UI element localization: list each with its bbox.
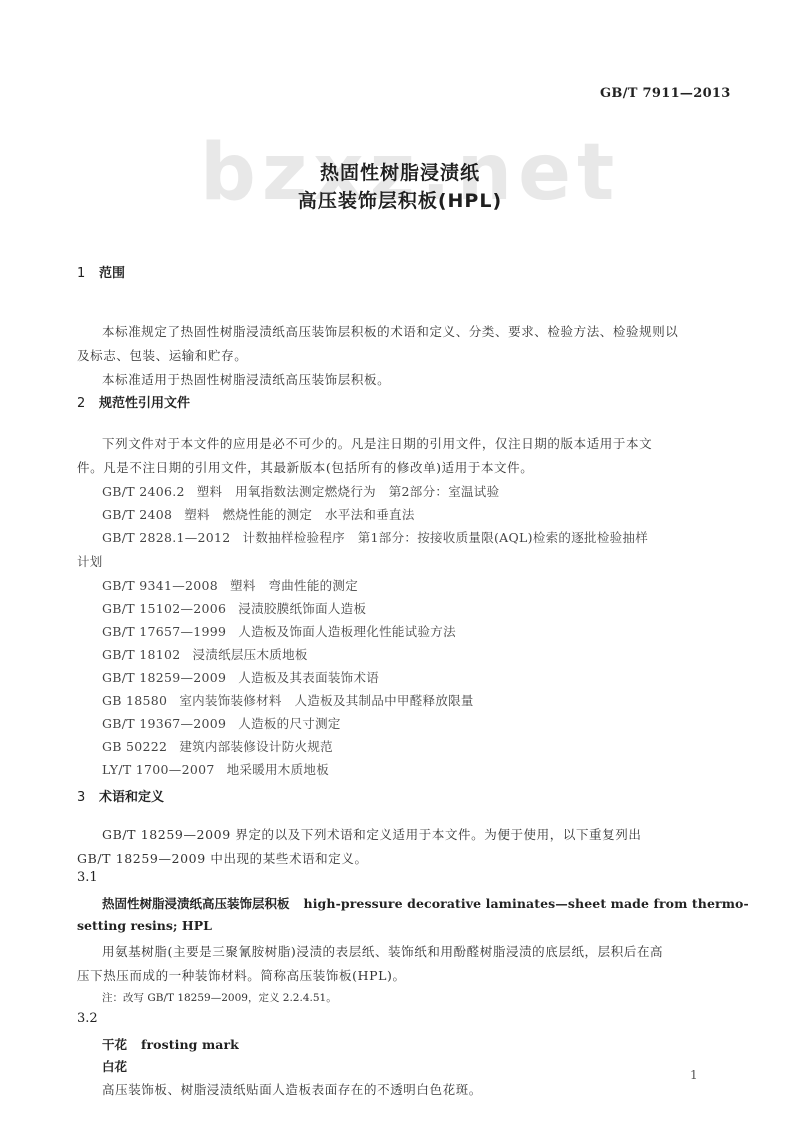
reference-title: 浸渍纸层压木质地板 bbox=[192, 647, 307, 662]
definition-line: 高压装饰板、树脂浸渍纸贴面人造板表面存在的不透明白色花斑。 bbox=[102, 1080, 482, 1098]
reference-item: GB 18580室内装饰装修材料 人造板及其制品中甲醛释放限量 bbox=[102, 691, 474, 709]
reference-code: GB/T 19367—2009 bbox=[102, 716, 226, 731]
reference-title: 塑料 弯曲性能的测定 bbox=[230, 578, 358, 593]
reference-code: GB 50222 bbox=[102, 739, 167, 754]
term-entry: 干花frosting mark bbox=[102, 1035, 239, 1053]
reference-code: GB/T 17657—1999 bbox=[102, 624, 226, 639]
definition-line: 压下热压而成的一种装饰材料。简称高压装饰板(HPL)。 bbox=[77, 966, 406, 984]
section-number: 1 bbox=[77, 266, 99, 281]
term-number: 3.2 bbox=[77, 1011, 98, 1026]
paragraph-line: GB/T 18259—2009 界定的以及下列术语和定义适用于本文件。为便于使用… bbox=[102, 825, 641, 843]
reference-code: GB/T 2408 bbox=[102, 507, 172, 522]
reference-title: 计数抽样检验程序 第1部分：按接收质量限(AQL)检索的逐批检验抽样 bbox=[243, 530, 648, 545]
paragraph-line: 下列文件对于本文件的应用是必不可少的。凡是注日期的引用文件，仅注日期的版本适用于… bbox=[102, 434, 652, 452]
paragraph-line: 及标志、包装、运输和贮存。 bbox=[77, 346, 247, 364]
page-number: 1 bbox=[690, 1068, 698, 1082]
reference-code: GB 18580 bbox=[102, 693, 167, 708]
term-number: 3.1 bbox=[77, 870, 98, 885]
term-note: 注：改写 GB/T 18259—2009，定义 2.2.4.51。 bbox=[102, 990, 337, 1005]
section-number: 2 bbox=[77, 396, 99, 411]
reference-item: GB/T 19367—2009人造板的尺寸测定 bbox=[102, 714, 341, 732]
reference-title: 人造板及其表面装饰术语 bbox=[238, 670, 379, 685]
reference-code: LY/T 1700—2007 bbox=[102, 762, 215, 777]
section-heading-terms-definitions: 3术语和定义 bbox=[77, 786, 164, 805]
reference-title: 地采暖用木质地板 bbox=[227, 762, 329, 777]
reference-item: GB/T 2406.2塑料 用氧指数法测定燃烧行为 第2部分：室温试验 bbox=[102, 482, 499, 500]
definition-line: 用氨基树脂(主要是三聚氰胺树脂)浸渍的表层纸、装饰纸和用酚醛树脂浸渍的底层纸，层… bbox=[102, 942, 663, 960]
section-heading-normative-references: 2规范性引用文件 bbox=[77, 392, 190, 411]
section-title: 范围 bbox=[99, 266, 125, 281]
paragraph-line: GB/T 18259—2009 中出现的某些术语和定义。 bbox=[77, 849, 368, 867]
paragraph-line: 本标准规定了热固性树脂浸渍纸高压装饰层积板的术语和定义、分类、要求、检验方法、检… bbox=[102, 322, 678, 340]
reference-title: 建筑内部装修设计防火规范 bbox=[179, 739, 333, 754]
reference-code: GB/T 15102—2006 bbox=[102, 601, 226, 616]
term-english: frosting mark bbox=[141, 1037, 239, 1052]
reference-item: LY/T 1700—2007地采暖用木质地板 bbox=[102, 760, 329, 778]
reference-item: GB/T 9341—2008塑料 弯曲性能的测定 bbox=[102, 576, 358, 594]
document-title-line1: 热固性树脂浸渍纸 bbox=[0, 158, 800, 185]
reference-title: 浸渍胶膜纸饰面人造板 bbox=[238, 601, 366, 616]
reference-item: GB/T 2408塑料 燃烧性能的测定 水平法和垂直法 bbox=[102, 505, 415, 523]
term-english-continuation: setting resins; HPL bbox=[77, 918, 212, 933]
reference-title: 室内装饰装修材料 人造板及其制品中甲醛释放限量 bbox=[179, 693, 473, 708]
term-chinese: 热固性树脂浸渍纸高压装饰层积板 bbox=[102, 896, 290, 911]
section-title: 规范性引用文件 bbox=[99, 396, 190, 411]
reference-item: GB/T 15102—2006浸渍胶膜纸饰面人造板 bbox=[102, 599, 366, 617]
reference-continuation: 计划 bbox=[77, 552, 103, 570]
reference-title: 塑料 用氧指数法测定燃烧行为 第2部分：室温试验 bbox=[197, 484, 500, 499]
reference-item: GB/T 18259—2009人造板及其表面装饰术语 bbox=[102, 668, 379, 686]
reference-item: GB/T 18102浸渍纸层压木质地板 bbox=[102, 645, 308, 663]
reference-title: 塑料 燃烧性能的测定 水平法和垂直法 bbox=[184, 507, 414, 522]
reference-code: GB/T 2828.1—2012 bbox=[102, 530, 231, 545]
section-title: 术语和定义 bbox=[99, 790, 164, 805]
reference-code: GB/T 9341—2008 bbox=[102, 578, 218, 593]
paragraph-line: 件。凡是不注日期的引用文件，其最新版本(包括所有的修改单)适用于本文件。 bbox=[77, 458, 533, 476]
reference-item: GB 50222建筑内部装修设计防火规范 bbox=[102, 737, 333, 755]
term-synonym: 白花 bbox=[102, 1057, 127, 1075]
reference-title: 人造板的尺寸测定 bbox=[238, 716, 340, 731]
standard-code: GB/T 7911—2013 bbox=[600, 86, 731, 101]
section-number: 3 bbox=[77, 790, 99, 805]
reference-code: GB/T 18259—2009 bbox=[102, 670, 226, 685]
section-heading-scope: 1范围 bbox=[77, 262, 125, 281]
term-chinese: 干花 bbox=[102, 1037, 127, 1052]
reference-code: GB/T 18102 bbox=[102, 647, 180, 662]
reference-item: GB/T 2828.1—2012计数抽样检验程序 第1部分：按接收质量限(AQL… bbox=[102, 528, 648, 546]
term-english: high-pressure decorative laminates—sheet… bbox=[304, 896, 749, 911]
paragraph-line: 本标准适用于热固性树脂浸渍纸高压装饰层积板。 bbox=[102, 370, 390, 388]
reference-item: GB/T 17657—1999人造板及饰面人造板理化性能试验方法 bbox=[102, 622, 456, 640]
reference-title: 人造板及饰面人造板理化性能试验方法 bbox=[238, 624, 456, 639]
document-title-line2: 高压装饰层积板(HPL) bbox=[0, 186, 800, 213]
reference-code: GB/T 2406.2 bbox=[102, 484, 185, 499]
term-entry: 热固性树脂浸渍纸高压装饰层积板high-pressure decorative … bbox=[102, 894, 749, 912]
